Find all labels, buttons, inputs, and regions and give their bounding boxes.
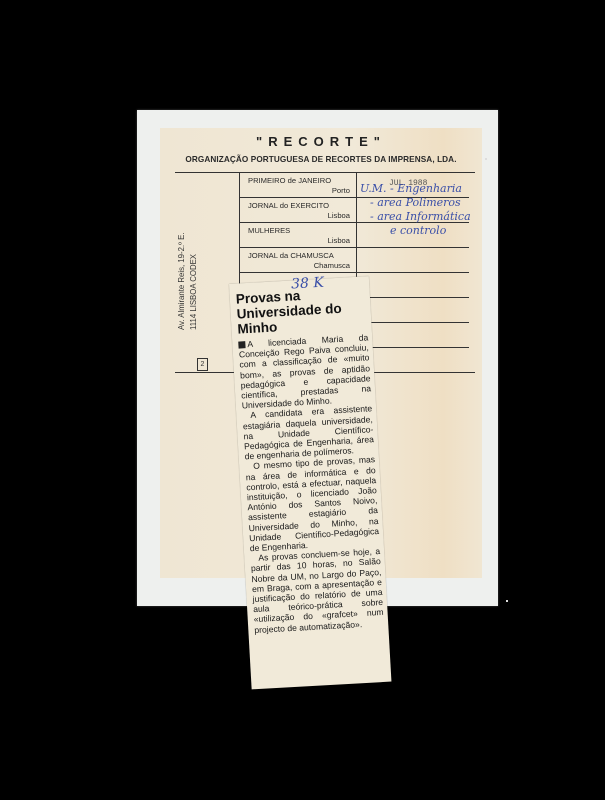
publication-city: Chamusca [314, 261, 350, 270]
handwritten-note: - area Informática [370, 210, 471, 223]
row-rule [356, 322, 469, 323]
row-rule [356, 297, 469, 298]
dust-speck [506, 600, 508, 602]
brand-title: "RECORTE" [160, 134, 482, 149]
handwritten-note: - area Polimeros [370, 196, 461, 209]
publication-city: Lisboa [328, 236, 350, 245]
address-city: 1114 LISBOA CODEX [188, 233, 200, 330]
clipping-paragraph: As provas concluem-se hoje, a partir das… [250, 546, 384, 635]
publication-city: Lisboa [328, 211, 350, 220]
publication-row: JORNAL da CHAMUSCA Chamusca [240, 248, 356, 272]
row-rule [239, 272, 469, 273]
page-number: 2 [197, 358, 208, 371]
publication-row: JORNAL do EXERCITO Lisboa [240, 198, 356, 222]
publication-name: JORNAL da CHAMUSCA [248, 251, 334, 260]
address-block: Av. Almirante Reis, 19-2.º E. 1114 LISBO… [176, 233, 200, 330]
bullet-square-icon [238, 341, 245, 348]
handwritten-note: U.M. - Engenharia [360, 182, 462, 195]
clipping-paragraph: A licenciada Maria da Conceição Rego Pai… [238, 332, 372, 411]
publication-name: JORNAL do EXERCITO [248, 201, 329, 210]
newspaper-clipping: 38 K Provas na Universidade do Minho A l… [229, 276, 391, 689]
clipping-headline: Provas na Universidade do Minho [235, 285, 365, 337]
publication-name: MULHERES [248, 226, 290, 235]
clipping-body: A licenciada Maria da Conceição Rego Pai… [238, 332, 384, 635]
row-rule [356, 347, 469, 348]
clipping-paragraph: A candidata era assistente estagiária da… [242, 404, 375, 462]
organization-name: ORGANIZAÇÃO PORTUGUESA DE RECORTES DA IM… [160, 155, 482, 164]
publication-name: PRIMEIRO de JANEIRO [248, 176, 331, 185]
address-street: Av. Almirante Reis, 19-2.º E. [176, 233, 188, 330]
dust-speck [485, 158, 487, 160]
publication-city: Porto [332, 186, 350, 195]
publication-row: MULHERES Lisboa [240, 223, 356, 247]
publication-row: PRIMEIRO de JANEIRO Porto [240, 173, 356, 197]
clipping-paragraph: O mesmo tipo de provas, mas na área de i… [245, 455, 380, 554]
handwritten-note: e controlo [390, 224, 446, 237]
